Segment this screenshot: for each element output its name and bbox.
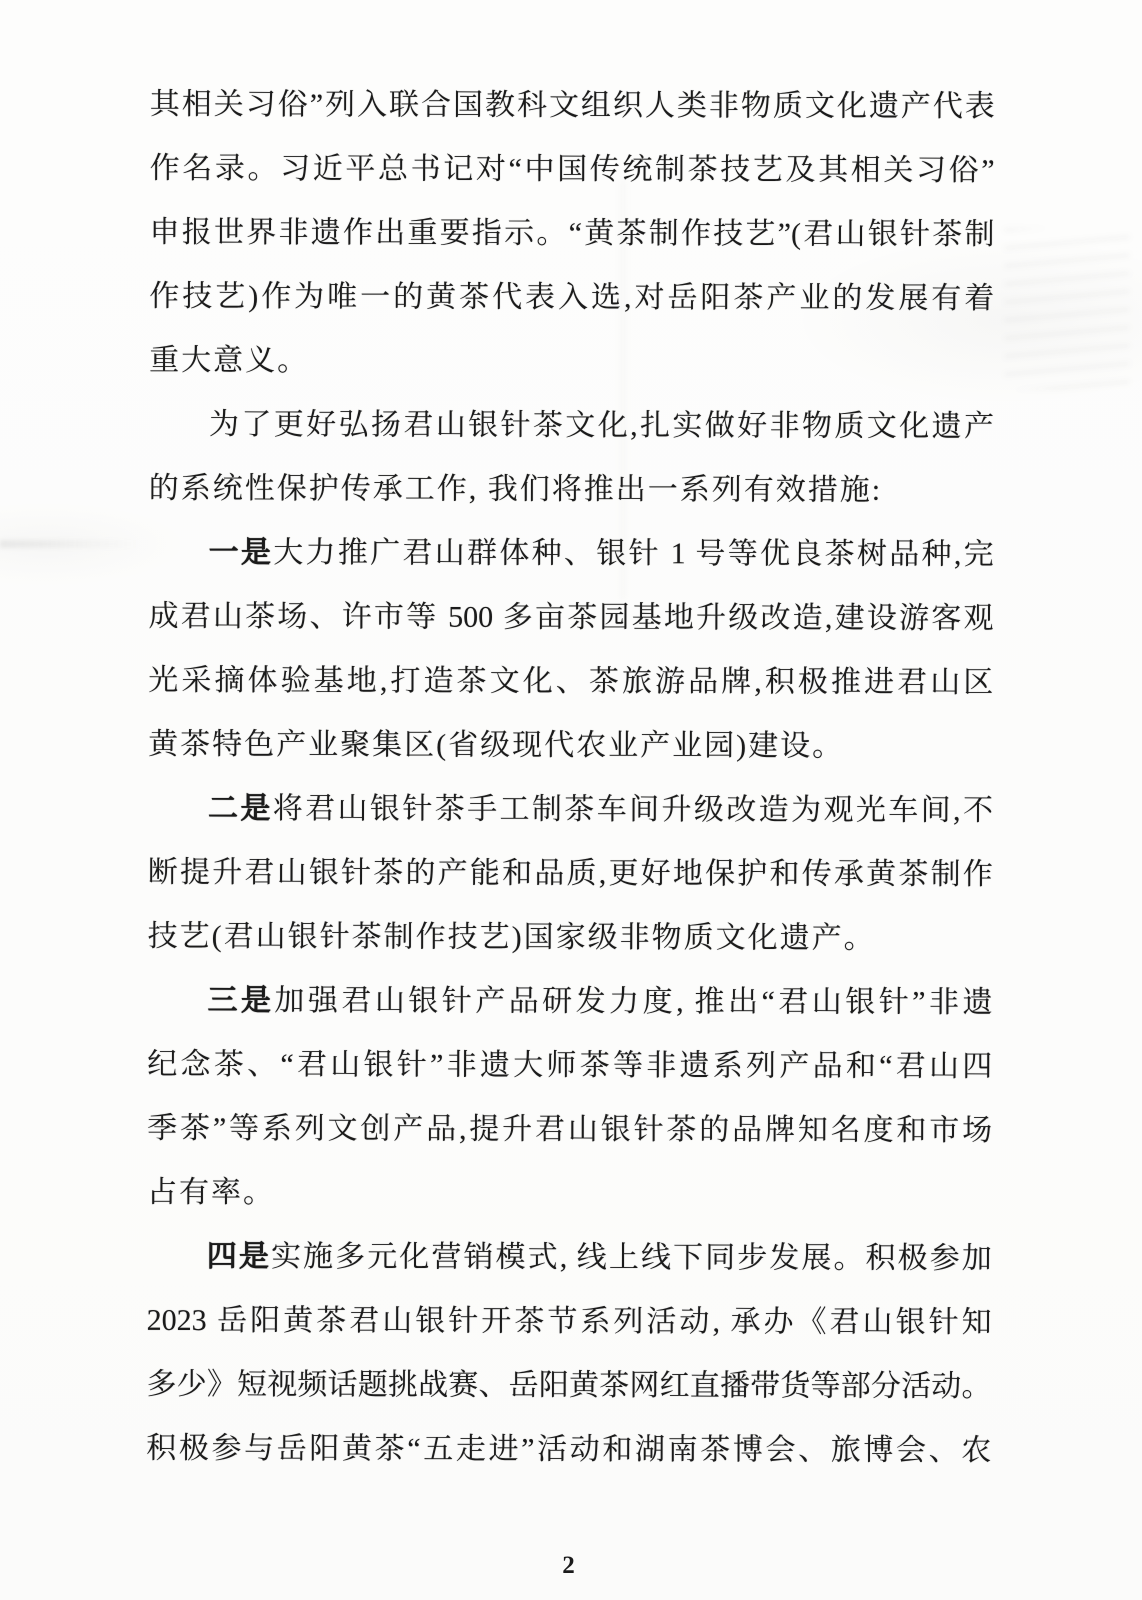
text-line: 四是实施多元化营销模式, 线上线下同步发展。积极参加 — [147, 1225, 992, 1291]
paragraph-lead: 二是 — [208, 792, 273, 825]
text-line: 断提升君山银针茶的产能和品质,更好地保护和传承黄茶制作 — [148, 841, 993, 907]
text-line: 申报世界非遗作出重要指示。“黄茶制作技艺”(君山银针茶制 — [149, 201, 994, 267]
text-line: 多少》短视频话题挑战赛、岳阳黄茶网红直播带货等部分活动。 — [146, 1353, 991, 1419]
paragraph-lead: 一是 — [209, 536, 274, 569]
paragraph-lead: 四是 — [207, 1240, 271, 1273]
text-line: 光采摘体验基地,打造茶文化、茶旅游品牌,积极推进君山区 — [148, 649, 993, 715]
text-line: 作技艺)作为唯一的黄茶代表入选,对岳阳茶产业的发展有着 — [149, 265, 994, 331]
document-text-block: 其相关习俗”列入联合国教科文组织人类非物质文化遗产代表作名录。习近平总书记对“中… — [146, 73, 995, 1483]
text-line: 技艺(君山银针茶制作技艺)国家级非物质文化遗产。 — [148, 905, 993, 971]
text-line: 为了更好弘扬君山银针茶文化,扎实做好非物质文化遗产 — [149, 393, 994, 459]
text-line: 重大意义。 — [149, 329, 994, 395]
text-line: 作名录。习近平总书记对“中国传统制茶技艺及其相关习俗” — [150, 137, 995, 203]
document-content: 其相关习俗”列入联合国教科文组织人类非物质文化遗产代表作名录。习近平总书记对“中… — [0, 0, 1142, 1600]
text-line: 成君山茶场、许市等 500 多亩茶园基地升级改造,建设游客观 — [148, 585, 993, 651]
scanned-document-page: 其相关习俗”列入联合国教科文组织人类非物质文化遗产代表作名录。习近平总书记对“中… — [0, 0, 1142, 1600]
text-line: 积极参与岳阳黄茶“五走进”活动和湖南茶博会、旅博会、农 — [146, 1417, 991, 1483]
text-line: 的系统性保护传承工作, 我们将推出一系列有效措施: — [149, 457, 994, 523]
text-line: 三是加强君山银针产品研发力度, 推出“君山银针”非遗 — [147, 969, 992, 1035]
text-line: 2023 岳阳黄茶君山银针开茶节系列活动, 承办《君山银针知 — [147, 1289, 992, 1355]
text-line: 其相关习俗”列入联合国教科文组织人类非物质文化遗产代表 — [150, 73, 995, 139]
text-line: 占有率。 — [147, 1161, 992, 1227]
text-line: 二是将君山银针茶手工制茶车间升级改造为观光车间,不 — [148, 777, 993, 843]
text-line: 纪念茶、“君山银针”非遗大师茶等非遗系列产品和“君山四 — [147, 1033, 992, 1099]
text-line: 黄茶特色产业聚集区(省级现代农业产业园)建设。 — [148, 713, 993, 779]
text-line: 季茶”等系列文创产品,提升君山银针茶的品牌知名度和市场 — [147, 1097, 992, 1163]
text-line: 一是大力推广君山群体种、银针 1 号等优良茶树品种,完 — [149, 521, 994, 587]
paragraph-lead: 三是 — [207, 984, 274, 1017]
page-number: 2 — [146, 1551, 991, 1581]
